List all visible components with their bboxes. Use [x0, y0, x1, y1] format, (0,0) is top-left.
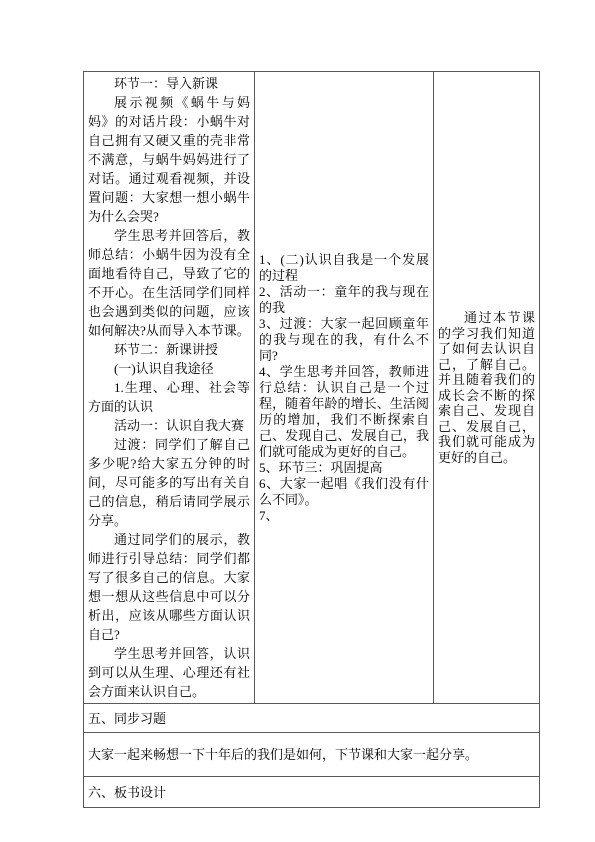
teaching-process-row: 环节一：导入新课展示视频《蜗牛与妈妈》的对话片段：小蜗牛对自己拥有又硬又重的壳非…	[84, 72, 540, 704]
numbered-item: 2、活动一：童年的我与现在的我	[259, 284, 429, 316]
homework-cell: 大家一起来畅想一下十年后的我们是如何，下节课和大家一起分享。	[84, 733, 540, 777]
process-paragraph: 环节一：导入新课	[88, 74, 250, 93]
process-paragraph: 环节二：新课讲授	[88, 340, 250, 359]
process-column-cell: 环节一：导入新课展示视频《蜗牛与妈妈》的对话片段：小蜗牛对自己拥有又硬又重的壳非…	[84, 72, 255, 704]
sync-exercise-label: 五、同步习题	[88, 710, 535, 727]
process-paragraph: 活动一：认识自我大赛	[88, 416, 250, 435]
process-paragraph: (一)认识自我途径	[88, 359, 250, 378]
process-paragraph: 学生思考并回答后，教师总结：小蜗牛因为没有全面地看待自己，导致了它的不开心。在生…	[88, 226, 250, 340]
numbered-item: 7、	[259, 508, 429, 524]
homework-row: 大家一起来畅想一下十年后的我们是如何，下节课和大家一起分享。	[84, 733, 540, 777]
board-design-label: 六、板书设计	[88, 784, 535, 801]
numbered-item: 3、过渡：大家一起回顾童年的我与现在的我，有什么不同?	[259, 316, 429, 364]
board-design-row: 六、板书设计	[84, 777, 540, 808]
lesson-plan-table: 环节一：导入新课展示视频《蜗牛与妈妈》的对话片段：小蜗牛对自己拥有又硬又重的壳非…	[83, 71, 540, 808]
process-paragraph: 过渡：同学们了解自己多少呢?给大家五分钟的时间，尽可能多的写出有关自己的信息，稍…	[88, 435, 250, 530]
summary-column-cell: 通过本节课的学习我们知道了如何去认识自己，了解自己。并且随着我们的成长会不断的探…	[434, 72, 540, 704]
process-paragraph: 展示视频《蜗牛与妈妈》的对话片段：小蜗牛对自己拥有又硬又重的壳非常不满意，与蜗牛…	[88, 93, 250, 226]
numbered-item: 5、环节三：巩固提高	[259, 460, 429, 476]
numbered-item: 4、学生思考并回答，教师进行总结：认识自己是一个过程，随着年龄的增长、生活阅历的…	[259, 364, 429, 460]
summary-paragraph: 通过本节课的学习我们知道了如何去认识自己，了解自己。并且随着我们的成长会不断的探…	[438, 310, 535, 465]
sync-exercise-row: 五、同步习题	[84, 704, 540, 733]
homework-text: 大家一起来畅想一下十年后的我们是如何，下节课和大家一起分享。	[88, 746, 535, 763]
process-paragraph: 通过同学们的展示，教师进行引导总结：同学们都写了很多自己的信息。大家想一想从这些…	[88, 530, 250, 644]
items-column-cell: 1、(二)认识自我是一个发展的过程2、活动一：童年的我与现在的我3、过渡：大家一…	[255, 72, 434, 704]
process-paragraph: 学生思考并回答，认识到可以从生理、心理还有社会方面来认识自己。	[88, 644, 250, 701]
numbered-item: 6、大家一起唱《我们没有什么不同》。	[259, 476, 429, 508]
sync-exercise-cell: 五、同步习题	[84, 704, 540, 733]
board-design-cell: 六、板书设计	[84, 777, 540, 808]
process-paragraph: 1.生理、心理、社会等方面的认识	[88, 378, 250, 416]
numbered-item: 1、(二)认识自我是一个发展的过程	[259, 252, 429, 284]
